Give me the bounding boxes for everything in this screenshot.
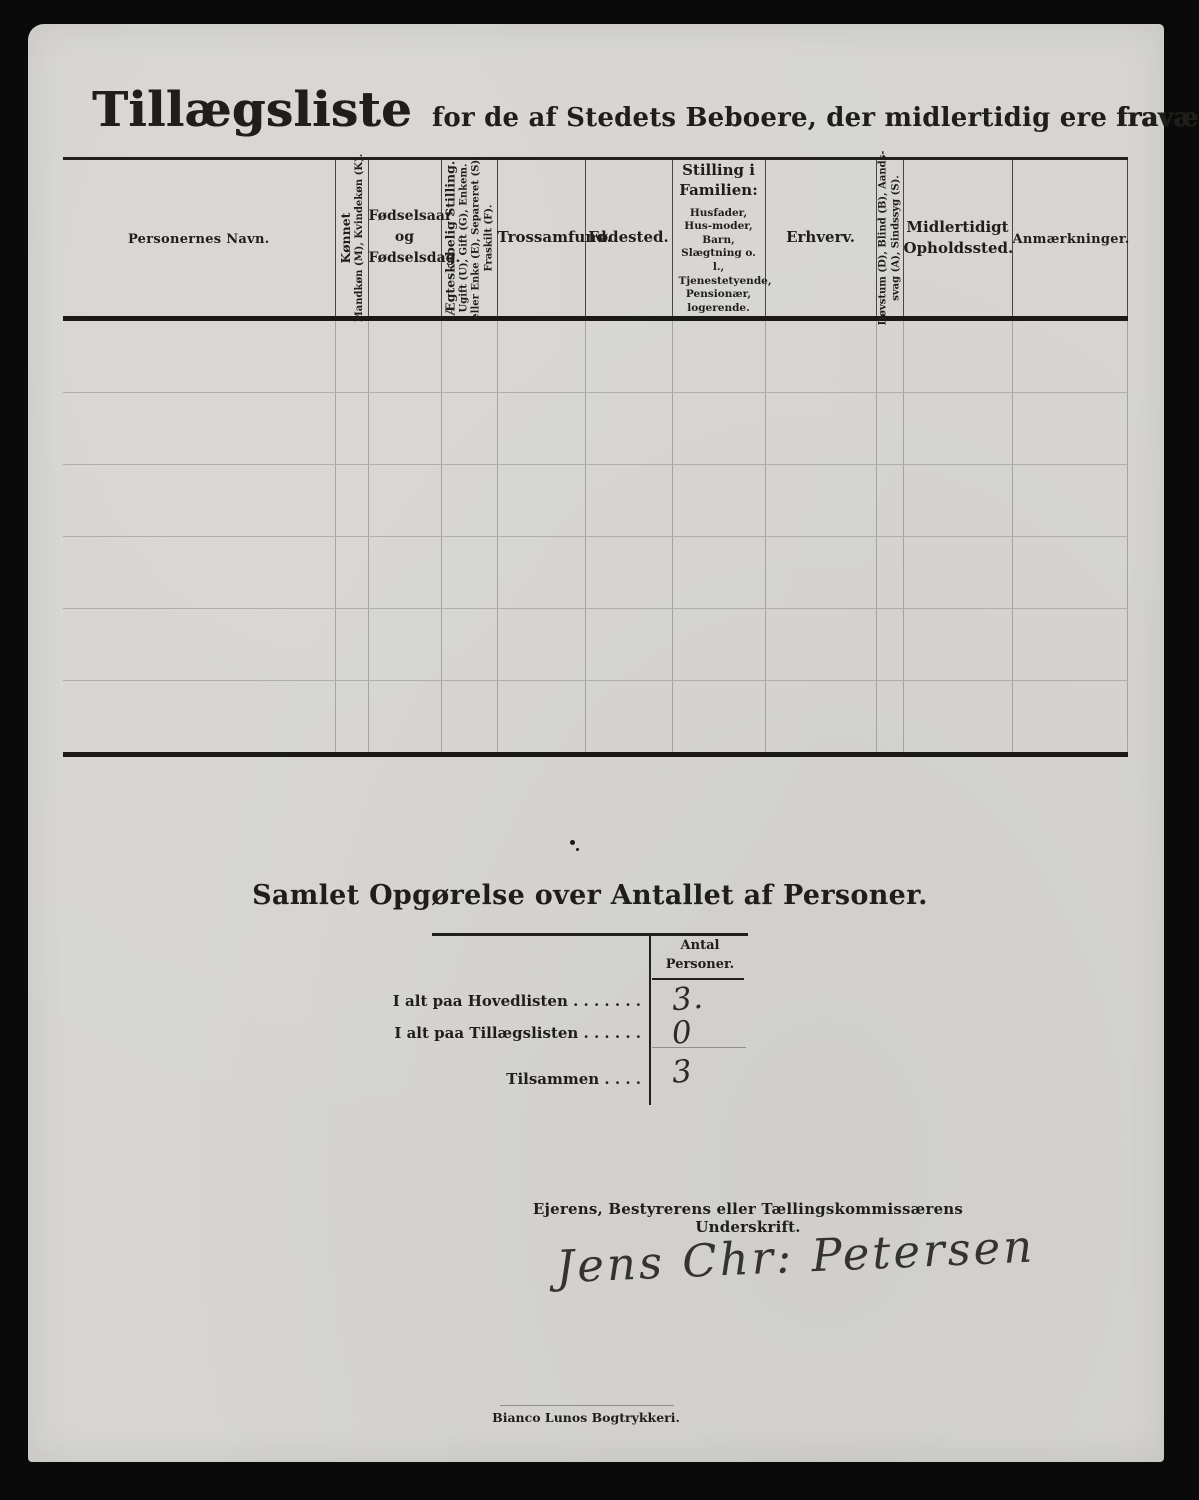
empty-cell — [672, 318, 765, 392]
page-subtitle: for de af Stedets Beboere, der midlertid… — [432, 103, 1107, 133]
empty-cell — [335, 464, 368, 536]
col-header-temporary-residence: Midlertidigt Opholdssted. — [903, 159, 1012, 319]
rotated-header: Kønnet Mandkøn (M), Kvindekøn (K). — [337, 154, 365, 323]
summary-row-label: I alt paa Tillægslisten . . . . . . — [328, 1024, 641, 1042]
occupation-label: Erhverv. — [786, 228, 855, 246]
empty-cell — [1012, 392, 1127, 464]
temporary-residence-line2: Opholdssted. — [904, 238, 1012, 259]
rotated-header: Døvstum (D), Blind (B), Aands- svag (A),… — [877, 150, 902, 325]
empty-cell — [672, 392, 765, 464]
col-header-sex-line2: Mandkøn (M), Kvindekøn (K). — [353, 154, 366, 323]
empty-cell — [765, 464, 876, 536]
table-body — [63, 318, 1127, 754]
scanned-census-form: { "title": { "main": "Tillægsliste", "su… — [0, 0, 1199, 1500]
empty-cell — [876, 464, 903, 536]
empty-cell — [497, 464, 585, 536]
marital-title: Ægteskabelig Stilling. — [442, 156, 458, 319]
marital-sub2: eller Enke (E), Separeret (S), — [471, 156, 484, 319]
census-table: Personernes Navn. Kønnet Mandkøn (M), Kv… — [63, 157, 1128, 757]
header-row: Personernes Navn. Kønnet Mandkøn (M), Kv… — [63, 159, 1127, 319]
empty-cell — [335, 318, 368, 392]
empty-cell — [585, 318, 672, 392]
footer-rule — [500, 1405, 674, 1406]
empty-cell — [368, 392, 441, 464]
col-header-birthplace: Fødested. — [585, 159, 672, 319]
empty-cell — [903, 680, 1012, 754]
empty-cell — [876, 318, 903, 392]
empty-cell — [63, 318, 335, 392]
empty-cell — [368, 536, 441, 608]
empty-cell — [765, 392, 876, 464]
table-row — [63, 392, 1127, 464]
family-position-title2: Familien: — [673, 180, 765, 200]
empty-cell — [441, 464, 497, 536]
summary-row-value: 3. — [670, 980, 705, 1019]
empty-cell — [585, 392, 672, 464]
summary-row-value: 3 — [670, 1053, 694, 1091]
empty-cell — [672, 536, 765, 608]
summary-row-label: Tilsammen . . . . — [328, 1070, 641, 1088]
page-title: Tillægsliste — [92, 82, 412, 138]
empty-cell — [335, 608, 368, 680]
empty-cell — [765, 536, 876, 608]
family-position-title1: Stilling i — [673, 160, 765, 180]
empty-cell — [1012, 536, 1127, 608]
empty-cell — [903, 318, 1012, 392]
empty-cell — [441, 318, 497, 392]
summary-top-rule — [432, 933, 748, 936]
printer-imprint: Bianco Lunos Bogtrykkeri. — [476, 1410, 696, 1425]
summary-col-header-line2: Personer. — [650, 956, 750, 975]
table-row — [63, 680, 1127, 754]
birthdate-line2: og — [369, 227, 441, 248]
marital-sub3: Fraskilt (F). — [483, 156, 496, 319]
empty-cell — [672, 608, 765, 680]
empty-cell — [335, 680, 368, 754]
page-header: Tillægsliste for de af Stedets Beboere, … — [92, 82, 1199, 138]
birthplace-label: Fødested. — [588, 228, 669, 246]
empty-cell — [903, 464, 1012, 536]
page-subtitle-emphasis: fraværende. — [1116, 103, 1199, 133]
empty-cell — [876, 680, 903, 754]
empty-cell — [672, 464, 765, 536]
col-header-name: Personernes Navn. — [63, 159, 335, 319]
empty-cell — [63, 608, 335, 680]
disability-line1: Døvstum (D), Blind (B), Aands- — [877, 150, 890, 325]
col-header-sex: Kønnet Mandkøn (M), Kvindekøn (K). — [335, 159, 368, 319]
col-header-religion: Trossamfund. — [497, 159, 585, 319]
col-header-birthdate-stack: Fødselsaar og Fødselsdag. — [369, 206, 441, 269]
table-row — [63, 464, 1127, 536]
col-header-occupation: Erhverv. — [765, 159, 876, 319]
table-row — [63, 536, 1127, 608]
empty-cell — [63, 392, 335, 464]
empty-cell — [585, 536, 672, 608]
empty-cell — [441, 680, 497, 754]
ink-speck — [576, 848, 579, 851]
empty-cell — [765, 680, 876, 754]
empty-cell — [441, 392, 497, 464]
empty-cell — [497, 392, 585, 464]
empty-cell — [368, 464, 441, 536]
family-position-sub: Husfader, Hus-moder, Barn, Slægtning o. … — [679, 207, 759, 316]
empty-cell — [497, 608, 585, 680]
summary-heading: Samlet Opgørelse over Antallet af Person… — [28, 880, 1152, 911]
col-header-remarks: Anmærkninger. — [1012, 159, 1127, 319]
rotated-header: Ægteskabelig Stilling. Ugift (U), Gift (… — [442, 156, 495, 319]
empty-cell — [765, 608, 876, 680]
empty-cell — [63, 536, 335, 608]
col-header-family-position: Stilling i Familien: Husfader, Hus-moder… — [672, 159, 765, 319]
col-header-sex-line1: Kønnet — [337, 154, 353, 323]
summary-col-header: Antal Personer. — [650, 937, 750, 975]
summary-row-label: I alt paa Hovedlisten . . . . . . . — [328, 992, 641, 1010]
birthdate-line3: Fødselsdag. — [369, 248, 441, 269]
empty-cell — [876, 392, 903, 464]
col-header-disability: Døvstum (D), Blind (B), Aands- svag (A),… — [876, 159, 903, 319]
empty-cell — [1012, 318, 1127, 392]
empty-cell — [585, 680, 672, 754]
empty-cell — [368, 680, 441, 754]
empty-cell — [585, 608, 672, 680]
empty-cell — [1012, 464, 1127, 536]
birthdate-line1: Fødselsaar — [369, 206, 441, 227]
empty-cell — [497, 536, 585, 608]
table-header: Personernes Navn. Kønnet Mandkøn (M), Kv… — [63, 159, 1127, 319]
table-row — [63, 608, 1127, 680]
empty-cell — [903, 392, 1012, 464]
summary-subtotal-rule — [652, 1047, 746, 1048]
col-header-marital: Ægteskabelig Stilling. Ugift (U), Gift (… — [441, 159, 497, 319]
empty-cell — [1012, 680, 1127, 754]
disability-line2: svag (A), Sindssyg (S). — [890, 150, 903, 325]
temporary-residence-line1: Midlertidigt — [904, 217, 1012, 238]
empty-cell — [765, 318, 876, 392]
table-row — [63, 318, 1127, 392]
empty-cell — [497, 318, 585, 392]
empty-cell — [672, 680, 765, 754]
remarks-label: Anmærkninger. — [1013, 232, 1130, 247]
empty-cell — [335, 536, 368, 608]
empty-cell — [368, 608, 441, 680]
empty-cell — [63, 464, 335, 536]
empty-cell — [876, 536, 903, 608]
empty-cell — [441, 608, 497, 680]
empty-cell — [497, 680, 585, 754]
col-header-name-label: Personernes Navn. — [128, 232, 270, 247]
document-page: Tillægsliste for de af Stedets Beboere, … — [28, 24, 1164, 1462]
marital-sub1: Ugift (U), Gift (G), Enkem. — [458, 156, 471, 319]
empty-cell — [335, 392, 368, 464]
empty-cell — [585, 464, 672, 536]
empty-cell — [368, 318, 441, 392]
empty-cell — [903, 608, 1012, 680]
empty-cell — [63, 680, 335, 754]
col-header-birthdate: Fødselsaar og Fødselsdag. — [368, 159, 441, 319]
ink-speck — [570, 840, 575, 845]
summary-col-header-line1: Antal — [650, 937, 750, 956]
empty-cell — [903, 536, 1012, 608]
empty-cell — [1012, 608, 1127, 680]
empty-cell — [876, 608, 903, 680]
empty-cell — [441, 536, 497, 608]
